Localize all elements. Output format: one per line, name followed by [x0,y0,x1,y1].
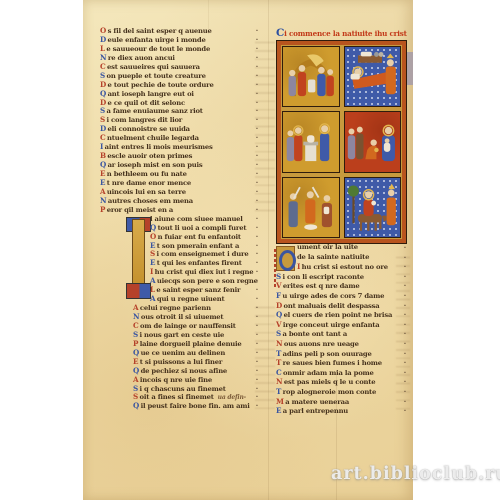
rubric-initial: C [276,27,284,39]
line-text: e ce quil ot dit selonc [108,99,185,107]
line-text: tout li uoi a compli furet [158,224,247,232]
line-text: u uirge ades de cors 7 dame [282,292,384,300]
line-end-mark: · [404,397,406,407]
text-line: Nous otroit il si uiuemet· [100,313,258,322]
line-text: ument oir la uite [297,243,358,251]
line-text: aint entres li mois meurismes [105,143,213,151]
text-line: Virge conceut uirge enfanta· [276,320,406,330]
line-initial: Q [133,348,139,357]
line-text: ous auons nre ueage [284,340,359,348]
line-initial: D [100,124,106,133]
line-end-mark: · [404,387,406,397]
watermark: art.biblioclub.ru [331,464,500,484]
line-initial: D [100,35,106,44]
line-initial: N [133,312,139,321]
text-line: Cntuelment chuile legarda· [100,134,258,143]
line-text: uincois lui en sa terre [107,188,186,196]
line-text: ont maluais delit despassa [284,302,380,310]
line-text: a parl entrepennu [283,407,348,415]
line-initial: C [133,321,139,330]
text-line: Aincois q nre uie fine· [100,376,258,385]
manuscript-photo-page: Ci commence la natiuite ihu crist [0,0,500,500]
line-end-mark: · [404,406,406,416]
line-initial: N [100,53,106,62]
line-end-mark: · [404,281,406,291]
line-initial: S [276,329,281,338]
line-text: oit a fines si finemet [140,393,214,401]
text-line: Com de lainge or nauffensit· [100,322,258,331]
line-text: e sauueour de tout le monde [106,45,210,53]
text-line: Tre saues bien fumes i home· [276,358,406,368]
text-line: Et nre dame enor mence· [100,179,258,188]
line-initial: Q [100,160,106,169]
line-text: autres choses em mena [108,197,193,205]
line-text: re saues bien fumes i home [283,359,382,367]
line-text: a bonte ont tant a [283,330,348,338]
miniature-grid [281,45,402,239]
scene-illustration [283,178,339,237]
miniature-panel-annunciation-angel-scene [282,46,340,107]
marginal-note: ua defin- [218,394,246,401]
line-text: el cuers de rien point ne brisa [284,311,393,319]
line-initial: A [133,375,138,384]
text-line: Auincois lui en sa terre· [100,188,258,197]
text-line: En bethleem ou fu nate· [100,170,258,179]
line-initial: I [150,267,153,276]
text-line: On fuiar ent fu enfantoit· [100,233,258,242]
line-initial: T [276,387,281,396]
line-text: t qui les enfantes firent [157,259,242,267]
text-line: Auiecqs son pere e son regne· [100,277,258,286]
line-text: e saint esper sanz fenir [156,286,240,294]
line-initial: E [100,178,105,187]
scene-illustration [345,178,401,237]
line-text: t si puissons a lui finer [140,358,222,366]
miniature-panel-flight-into-egypt-scene [344,177,402,238]
line-text: est pas miels q le u conte [284,378,375,386]
text-line: Ma matere ueneraa· [276,397,406,407]
text-line: Et qui les enfantes firent· [100,259,258,268]
miniature-panel-massacre-of-innocents-scene [282,177,340,238]
text-line: Qtout li uoi a compli furet· [100,224,258,233]
text-line: Nre diex auon ancui· [100,54,258,63]
miniature-panel-nativity-scene [344,46,402,107]
text-line: Si com langres dit lior· [100,116,258,125]
scene-illustration [345,112,401,171]
line-end-mark: · [404,377,406,387]
line-initial: Q [133,366,139,375]
text-line: Iaint entres li mois meurismes· [100,143,258,152]
text-line: ument oir la uite· [276,243,406,253]
text-line: Sa bonte ont tant a· [276,329,406,339]
line-initial: P [100,205,105,214]
line-initial: C [276,368,282,377]
miniature [276,40,407,244]
line-text: on pueple et toute creature [107,72,206,80]
line-initial: S [133,330,138,339]
text-line: Ihu crist si estout no ore· [276,262,406,272]
line-text: l aiune com siuee manuel [150,215,243,223]
line-text: re diex auon ancui [108,54,175,62]
line-text: s fil del saint esper q auenue [108,27,212,35]
line-initial: Q [100,89,106,98]
line-text: e tout pechie de toute ordure [108,81,214,89]
line-text: n fuiar ent fu enfantoit [158,233,241,241]
line-text: incois q nre uie fine [140,376,212,384]
line-end-mark: · [404,358,406,368]
text-line: Nautres choses em mena· [100,197,258,206]
line-text: ar ioseph mist en son puis [108,161,203,169]
line-text: adins peli p son ouurage [283,350,372,358]
right-text-column: ument oir la uite·de la sainte natiuite·… [276,243,406,416]
text-line: Ea parl entrepennu· [276,406,406,416]
line-initial: M [276,397,284,406]
line-initial: E [276,406,281,415]
line-initial: I [100,142,103,151]
line-initial: S [133,384,138,393]
text-line: Qil peust faire bone fin. am ami· [100,402,258,411]
line-initial: A [100,187,105,196]
text-line: Le saint esper sanz fenir· [100,286,258,295]
text-line: Qant ioseph langre eut oi· [100,90,258,99]
text-line: Peror qil meist en a· [100,206,258,215]
text-line: Si nous gart en ceste uie· [100,331,258,340]
text-line: Qar ioseph mist en son puis· [100,161,258,170]
text-line: Qde pechiez si nous afine· [100,367,258,376]
line-text: de pechiez si nous afine [141,367,228,375]
line-initial: E [150,258,155,267]
left-text-column: Os fil del saint esper q auenue·Deule en… [100,27,258,411]
line-text: i com langres dit lior [107,116,183,124]
line-initial: Q [276,310,282,319]
line-text: hu crist si estout no ore [302,263,388,271]
line-initial: N [276,339,282,348]
line-text: escle auoir oten primes [107,152,192,160]
line-text: ue ce uenim au delinen [141,349,226,357]
line-text: de la sainte natiuite [297,253,369,261]
line-end-mark: · [404,253,406,263]
text-line: De tout pechie de toute ordure· [100,81,258,90]
line-text: onmir adam mia la pome [283,369,374,377]
text-line: Conmir adam mia la pome· [276,368,406,378]
line-text: a fame enuiaume sanz riot [107,107,203,115]
line-initial: D [100,98,106,107]
line-text: i com enseignemet i dure [157,250,249,258]
line-text: eror qil meist en a [107,206,173,214]
line-end-mark: · [404,243,406,253]
line-initial: S [150,249,155,258]
line-text: n bethleem ou fu nate [107,170,187,178]
line-text: t son pmerain enfant a [157,242,239,250]
line-end-mark: · [404,301,406,311]
line-text: uiecqs son pere e son regne [157,277,258,285]
rubric-text: i commence la natiuite ihu crist [284,29,407,38]
line-text: ous otroit il si uiuemet [141,313,224,321]
line-initial: S [100,106,105,115]
text-line: Os fil del saint esper q auenue· [100,27,258,36]
line-initial: T [276,358,281,367]
line-end-mark: · [404,262,406,272]
line-initial: V [276,320,281,329]
line-initial: L [150,285,155,294]
line-end-mark: · [256,402,258,411]
line-end-mark: · [404,320,406,330]
line-initial: T [276,349,281,358]
text-line: Ihu crist qui diex iut i regne· [100,268,258,277]
line-text: eule enfanta uirge i monde [108,36,206,44]
line-text: i q chascuns au finemet [140,385,226,393]
line-initial: E [100,169,105,178]
line-end-mark: · [404,339,406,349]
text-line: Verites est q nre dame· [276,281,406,291]
line-text: ntuelment chuile legarda [107,134,199,142]
line-initial: O [100,26,106,35]
text-line: Acelui regne parienn· [100,304,258,313]
text-line: de la sainte natiuite· [276,253,406,263]
text-line: Nest pas miels q le u conte· [276,377,406,387]
text-line: Et si puissons a lui finer· [100,358,258,367]
showthrough [255,35,275,215]
text-line: Fu uirge ades de cors 7 dame· [276,291,406,301]
text-line: Le sauueour de tout le monde· [100,45,258,54]
text-line: Nous auons nre ueage· [276,339,406,349]
line-initial: S [276,272,281,281]
scene-illustration [283,112,339,171]
line-text: laine dorgueil plaine denuie [140,340,242,348]
line-initial: S [100,71,105,80]
line-text: irge conceut uirge enfanta [283,321,380,329]
text-line: Deli connoistre se uuida· [100,125,258,134]
line-text: a matere ueneraa [285,398,349,406]
line-text: t nre dame enor mence [107,179,191,187]
text-line: Bescle auoir oten primes· [100,152,258,161]
text-line: Plaine dorgueil plaine denuie· [100,340,258,349]
line-initial: N [100,196,106,205]
line-text: i nous gart en ceste uie [140,331,225,339]
line-text: ant ioseph langre eut oi [108,90,194,98]
line-end-mark: · [404,310,406,320]
showthrough [255,300,275,410]
line-text: rop alogneroie mon conte [283,388,376,396]
text-line: l aiune com siuee manuel· [100,215,258,224]
line-initial: E [150,241,155,250]
line-text: est sauueires qui sauuera [107,63,200,71]
text-line: Que ce uenim au delinen· [100,349,258,358]
line-text: i con li escript raconte [283,273,364,281]
line-end-mark: · [404,272,406,282]
line-initial: Q [133,401,139,410]
line-initial: Q [150,223,156,232]
line-initial: B [100,151,106,160]
text-line: Deule enfanta uirge i monde· [100,36,258,45]
line-initial: S [133,392,138,401]
line-initial: F [276,291,281,300]
line-initial: D [276,301,282,310]
text-line: Si con li escript raconte· [276,272,406,282]
line-initial: L [100,44,105,53]
line-initial: V [276,281,281,290]
text-line: Cest sauueires qui sauuera· [100,63,258,72]
scene-illustration [283,47,339,106]
line-initial: E [133,357,138,366]
line-end-mark: · [404,368,406,378]
text-line: Dont maluais delit despassa· [276,301,406,311]
text-line: Tadins peli p son ouurage· [276,349,406,359]
text-line: Qel cuers de rien point ne brisa· [276,310,406,320]
line-initial: C [100,133,106,142]
line-end-mark: · [404,291,406,301]
line-text: hu crist qui diex iut i regne [155,268,254,276]
line-text: qui u regne uiuent [157,295,225,303]
line-text: il peust faire bone fin. am ami [141,402,250,410]
line-text: om de lainge or nauffensit [140,322,236,330]
scene-illustration [345,47,401,106]
line-initial: N [276,377,282,386]
rubric: Ci commence la natiuite ihu crist [276,27,408,39]
line-initial: C [100,62,106,71]
line-initial: A [133,303,138,312]
line-end-mark: · [404,349,406,359]
line-initial: A [150,276,155,285]
line-initial: S [100,115,105,124]
miniature-panel-adoration-of-magi-scene [344,111,402,172]
line-initial: I [297,262,300,271]
text-line: Trop alogneroie mon conte· [276,387,406,397]
line-text: erites est q nre dame [283,282,360,290]
text-line: Son pueple et toute creature· [100,72,258,81]
line-text: celui regne parienn [140,304,211,312]
line-initial: P [133,339,138,348]
line-end-mark: · [404,329,406,339]
line-initial: D [100,80,106,89]
line-initial: A [150,294,155,303]
text-line: Aqui u regne uiuent· [100,295,258,304]
line-text: eli connoistre se uuida [108,125,190,133]
line-initial: O [150,232,156,241]
miniature-panel-presentation-in-temple-scene [282,111,340,172]
